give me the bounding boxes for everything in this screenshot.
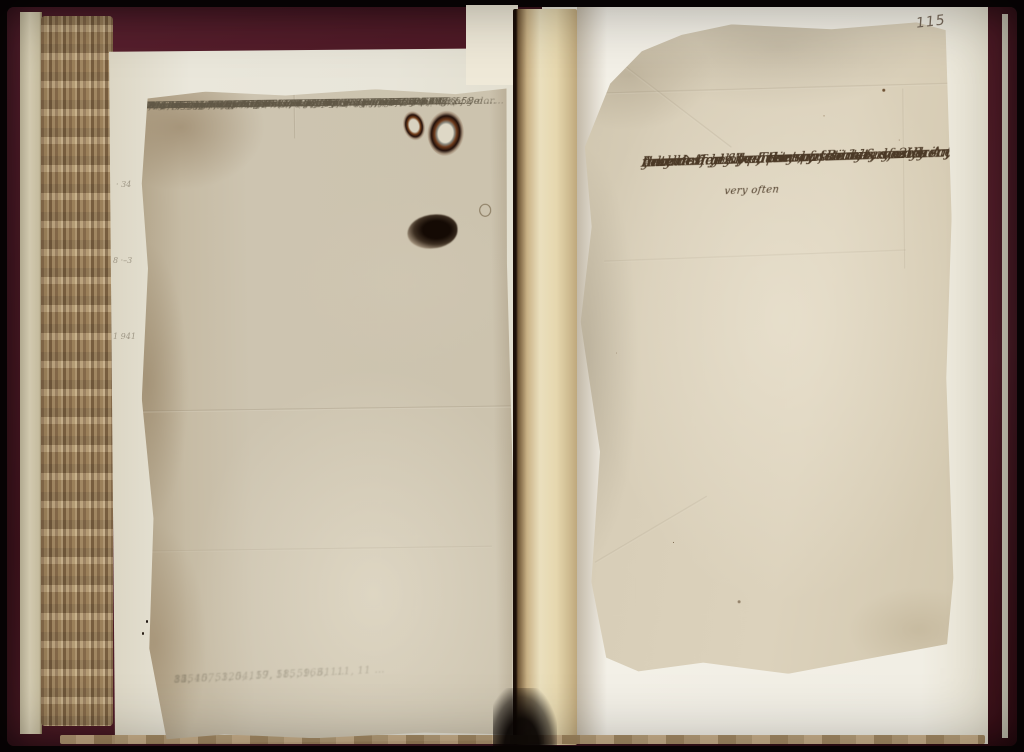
crease-line <box>595 496 708 564</box>
margin-mark: 8 ·–3 <box>113 256 132 265</box>
left-index-text: … §2 … 74 p 3 / … 38 § 1 … p …… p 36, §2… <box>144 96 502 101</box>
burn-hole-small <box>400 108 429 143</box>
ink-specks <box>146 620 148 623</box>
crease-line <box>150 546 492 553</box>
text-line: ye number & variety of factitious ones. <box>641 143 934 174</box>
paper-specks <box>882 89 885 92</box>
right-flyleaf-edge <box>1002 14 1008 738</box>
margin-mark: 1 941 <box>113 332 136 341</box>
margin-mark: · 34 <box>116 180 131 189</box>
interlinear-insertion: very often <box>724 184 780 197</box>
flyleaf-corner <box>466 5 518 85</box>
crease-line <box>902 89 905 269</box>
show-through-text: 34, 45, 53, 54, 57, 58, 59, 61 …82, 107,… <box>174 658 494 674</box>
right-text-block: And besides ye Transposition & ye other … <box>643 142 953 152</box>
crease-line <box>604 250 906 263</box>
crease-line <box>572 83 950 96</box>
ink-blot <box>407 214 457 249</box>
gutter-page-curve <box>513 9 577 745</box>
crease-line <box>611 56 731 149</box>
left-cover-inner-edge <box>20 12 42 734</box>
book-photo: … §2 … 74 p 3 / … 38 § 1 … p …… p 36, §2… <box>0 0 1024 752</box>
burn-hole-large <box>424 108 467 159</box>
left-page-edges <box>41 16 113 726</box>
right-manuscript-leaf: And besides ye Transposition & ye other … <box>572 18 957 686</box>
left-manuscript-leaf: … §2 … 74 p 3 / … 38 § 1 … p …… p 36, §2… <box>135 83 516 740</box>
ring-stain <box>479 204 491 217</box>
crease-line <box>140 405 512 412</box>
gutter-bottom-shadow <box>493 688 557 752</box>
index-line: 195, Att. & ano Spring / 146, & Ch. 6 / … <box>142 96 441 113</box>
show-through-line: 155 <box>174 673 195 687</box>
show-through-line: 82, 107, 120, 119, 115, 163, 111, 11 … <box>174 663 385 686</box>
